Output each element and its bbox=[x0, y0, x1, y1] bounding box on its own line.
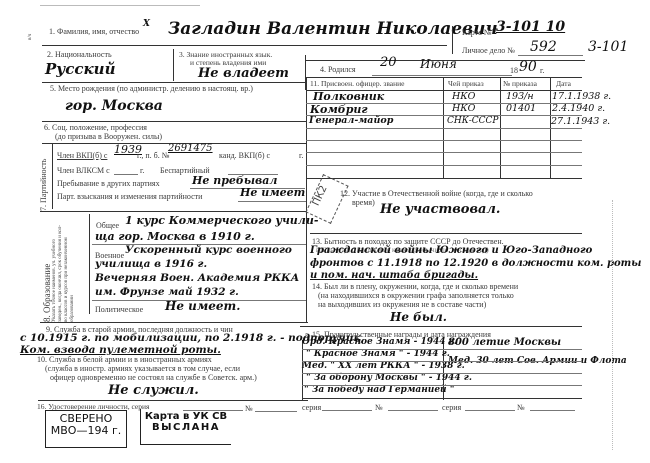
stamp-verified: СВЕРЕНО МВО—194 г. bbox=[45, 410, 127, 448]
candidate-label: канд. ВКП(б) с bbox=[219, 152, 270, 160]
field-3-value: Не владеет bbox=[198, 67, 289, 80]
field-5-value: гор. Москва bbox=[65, 99, 163, 113]
field-9-value-2: Ком. взвода пулеметной роты. bbox=[20, 345, 221, 356]
table-11-header-date: Дата bbox=[556, 80, 571, 88]
divider bbox=[52, 143, 53, 209]
field-10-label-3: офицер одновременно не состоял на службе… bbox=[50, 374, 257, 382]
underline bbox=[322, 410, 372, 411]
rule-15 bbox=[302, 398, 582, 399]
by-cell: СНК-СССР bbox=[447, 117, 498, 126]
field-13-value-2: фронтов с 11.1918 по 12.1920 в должности… bbox=[310, 259, 641, 269]
field-14-label-3: на выходивших из окружения не в составе … bbox=[318, 301, 486, 309]
rule-8 bbox=[40, 322, 308, 323]
footer-series-label-1: серия bbox=[302, 404, 321, 412]
personnel-card: в/ч 1. Фамилия, имя, отчество X Загладин… bbox=[0, 0, 650, 463]
field-4-day: 20 bbox=[380, 56, 397, 69]
other-parties-label: Пребывание в других партиях bbox=[57, 180, 160, 188]
penalties-label: Парт. взыскания и изменения партийности bbox=[57, 193, 202, 201]
number-cell: 193/н bbox=[506, 92, 534, 102]
field-12-value: Не участвовал. bbox=[380, 203, 500, 216]
field-14-value: Не был. bbox=[390, 311, 447, 323]
military-value-1: Ускоренный курс военного bbox=[125, 245, 292, 256]
military-value-4: им. Фрунзе май 1932 г. bbox=[95, 287, 239, 298]
field-1-mark: X bbox=[143, 20, 150, 29]
row-rule bbox=[306, 165, 582, 166]
field-10-value: Не служил. bbox=[108, 384, 199, 397]
field-7-side-label: 7. Партийность bbox=[40, 159, 48, 211]
field-16-no-label: № bbox=[245, 405, 253, 413]
rule-12 bbox=[310, 233, 582, 234]
underline bbox=[238, 201, 306, 202]
table-11-header-by: Чей приказ bbox=[448, 80, 484, 88]
row-rule bbox=[302, 349, 582, 350]
field-14-label-1: 14. Был ли в плену, окружении, когда, гд… bbox=[312, 283, 518, 291]
rank-cell: Комбриг bbox=[310, 104, 368, 115]
date-cell: 27.1.1943 г. bbox=[551, 117, 610, 127]
rank-cell: Полковник bbox=[313, 91, 384, 102]
award-item: Мед. " XX лет РККА " - 1938 г. bbox=[302, 362, 465, 371]
penalties-value: Не имеет bbox=[240, 187, 305, 198]
underline bbox=[388, 410, 438, 411]
field-2-label: 2. Национальность bbox=[47, 51, 112, 59]
footer-series-label-2: серия bbox=[442, 404, 461, 412]
row-rule bbox=[302, 385, 582, 386]
award-item: Орд. Красное Знамя - 1944 г. bbox=[302, 338, 457, 347]
row-rule bbox=[306, 128, 582, 129]
underline bbox=[255, 411, 297, 412]
vkp-label: Член ВКП(б) с bbox=[57, 152, 107, 160]
award-item: " За оборону Москвы " - 1944 г. bbox=[306, 374, 472, 383]
divider bbox=[452, 26, 453, 54]
field-2-value: Русский bbox=[45, 62, 115, 77]
field-1-label: 1. Фамилия, имя, отчество bbox=[49, 28, 139, 36]
field-8-side-label: 8. Образование bbox=[43, 264, 52, 322]
stamp-verified-line-2: МВО—194 г. bbox=[46, 425, 126, 437]
underline bbox=[518, 55, 583, 56]
field-5-label: 5. Место рождения (по администр. делению… bbox=[50, 85, 253, 93]
table-11-bottom bbox=[306, 178, 582, 179]
field-10-label-2: (служба в иностр. армиях указывается в т… bbox=[45, 365, 240, 373]
field-10-label-1: 10. Служба в белой армии и в иностранных… bbox=[37, 356, 212, 364]
award-item: " Красное Знамя " - 1944 г. bbox=[306, 350, 450, 359]
other-parties-value: Не пребывал bbox=[192, 175, 277, 186]
rule-7 bbox=[40, 211, 306, 212]
rank-cell: Генерал-майор bbox=[309, 116, 393, 126]
vkp-number: 2691475 bbox=[168, 144, 213, 154]
field-4-month: Июня bbox=[420, 58, 457, 70]
footer-no-2: № bbox=[517, 404, 525, 412]
field-14-label-2: (на находившихся в окружении графа запол… bbox=[318, 292, 514, 300]
candidate-suffix: г. bbox=[299, 152, 303, 160]
field-4-year-value: 90 bbox=[519, 60, 537, 74]
field-6-label-2: (до призыва в Вооружен. силы) bbox=[55, 133, 162, 141]
rule-14 bbox=[300, 326, 582, 327]
row-rule bbox=[302, 361, 582, 362]
underline bbox=[465, 410, 515, 411]
date-cell: 2.4.1940 г. bbox=[552, 104, 605, 114]
military-value-3: Вечерняя Воен. Академия РККА bbox=[95, 273, 299, 284]
field-13-value-3: и пом. нач. штаба бригады. bbox=[310, 271, 478, 281]
divider bbox=[89, 214, 90, 314]
corner-mark: в/ч bbox=[28, 34, 33, 40]
margin-note: 3-101 bbox=[588, 40, 628, 54]
vkp-mid: г., п. б. № bbox=[137, 152, 169, 160]
underline bbox=[372, 75, 512, 76]
row-rule bbox=[302, 373, 582, 374]
vlksm-label: Член ВЛКСМ с bbox=[57, 167, 110, 175]
general-value-1: 1 курс Коммерческого учили- bbox=[125, 215, 318, 226]
field-8-side-note: Указать точное наименов. уч. учебного за… bbox=[52, 222, 76, 322]
top-rule bbox=[40, 5, 200, 6]
vlksm-suffix: г. bbox=[140, 167, 144, 175]
personal-file-value: 592 bbox=[530, 40, 557, 54]
award-item: " За победу над Германией " bbox=[304, 386, 454, 395]
number-cell: 01401 bbox=[506, 104, 536, 114]
footer-no-1: № bbox=[375, 404, 383, 412]
political-value: Не имеет. bbox=[165, 300, 240, 312]
field-11-label: 11. Присвоен. офицер. звание bbox=[310, 80, 404, 88]
military-value-2: училища в 1916 г. bbox=[95, 259, 207, 270]
general-label: Общее bbox=[96, 222, 119, 230]
stamp-sent-line-1: Карта в УК СВ bbox=[141, 411, 231, 422]
underline bbox=[114, 174, 138, 175]
card-number-label: Карта № bbox=[462, 29, 491, 37]
table-11-header-number: № приказа bbox=[503, 80, 537, 88]
by-cell: НКО bbox=[452, 92, 475, 102]
general-value-2: ща гор. Москва в 1910 г. bbox=[95, 231, 255, 242]
field-13-value-1: Гражданской войны Южного и Юго-Западного bbox=[310, 246, 592, 256]
award-item: 800 летие Москвы bbox=[448, 338, 561, 348]
stamp-sent-line-2: ВЫСЛАНА bbox=[141, 422, 231, 433]
field-4-year-prefix: 18 bbox=[510, 67, 518, 75]
by-cell: НКО bbox=[452, 104, 475, 114]
field-6-label-1: 6. Соц. положение, профессия bbox=[44, 124, 147, 132]
field-12-label-1: 12. Участие в Отечественной войне (когда… bbox=[340, 190, 533, 198]
row-rule bbox=[306, 152, 582, 153]
political-label: Политическое bbox=[95, 306, 143, 314]
field-1-name-value: Загладин Валентин Николаевич bbox=[168, 21, 498, 38]
personal-file-label: Личное дело № bbox=[462, 47, 515, 55]
edge-dots bbox=[612, 200, 613, 450]
underline bbox=[530, 410, 575, 411]
rule-1 bbox=[42, 45, 447, 46]
date-cell: 17.1.1938 г. bbox=[552, 92, 611, 102]
divider bbox=[173, 49, 174, 81]
field-12-label-2: время) bbox=[352, 199, 375, 207]
row-rule bbox=[306, 140, 582, 141]
field-4-year-suffix: г. bbox=[540, 67, 544, 75]
card-number-value: 3-101 10 bbox=[496, 20, 565, 34]
stamp-sent: Карта в УК СВ ВЫСЛАНА bbox=[140, 409, 231, 445]
field-4-label: 4. Родился bbox=[320, 66, 356, 74]
